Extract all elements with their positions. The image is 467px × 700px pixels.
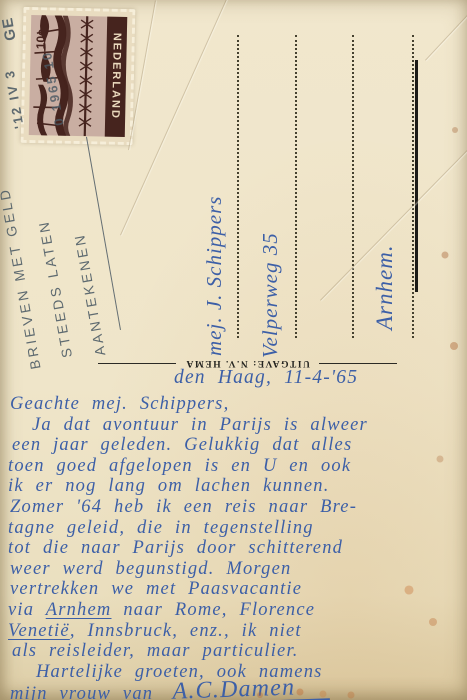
postage-stamp: 10c NEDERLAND — [21, 7, 136, 145]
message-line: Ja dat avontuur in Parijs is alweer — [6, 415, 463, 436]
message-text: , Innsbruck, enz., ik niet — [70, 621, 302, 641]
stamp-country-band: NEDERLAND — [105, 17, 128, 137]
divider-rule-right — [319, 363, 397, 364]
address-street: Velperweg 35 — [258, 232, 283, 358]
stamp-country-label: NEDERLAND — [109, 33, 123, 120]
crease-line — [425, 15, 467, 61]
message-text: mijn vrouw van — [10, 684, 153, 700]
message-line: weer werd begunstigd. Morgen — [6, 559, 463, 580]
message-body: den Haag, 11-4-'65 Geachte mej. Schipper… — [6, 368, 463, 700]
message-line: als reisleider, maar particulier. — [6, 641, 463, 662]
message-line: toen goed afgelopen is en U en ook — [6, 456, 463, 477]
message-text: naar Rome, Florence — [123, 600, 315, 620]
message-line: tot die naar Parijs door schitterend — [6, 538, 463, 559]
address-recipient: mej. J. Schippers — [202, 196, 227, 356]
message-underlined-arnhem: Arnhem — [46, 600, 112, 620]
message-line: Zomer '64 heb ik een reis naar Bre- — [6, 497, 463, 518]
postcard-back: 10c NEDERLAND BRIEVEN MET GELD STEEDS LA… — [0, 0, 467, 700]
message-line: ik er nog lang om lachen kunnen. — [6, 476, 463, 497]
message-line-via: via Arnhem naar Rome, Florence — [6, 600, 463, 621]
address-rule-4-solid — [415, 60, 418, 292]
postmark-slogan: BRIEVEN MET GELD STEEDS LATEN AANTEKENEN — [0, 173, 117, 372]
message-line: tagne geleid, die in tegenstelling — [6, 518, 463, 539]
address-rule-1 — [237, 35, 239, 338]
message-underlined-venetie: Venetië — [8, 621, 70, 641]
address-rule-2 — [295, 35, 297, 338]
message-line: Geachte mej. Schippers, — [6, 394, 463, 415]
message-line-closing: mijn vrouw van A.C.Damen — [6, 682, 463, 700]
message-line: een jaar geleden. Gelukkig dat alles — [6, 435, 463, 456]
message-line-venetie: Venetië, Innsbruck, enz., ik niet — [6, 621, 463, 642]
message-text: via — [8, 600, 34, 620]
address-rule-3 — [352, 35, 354, 338]
divider-rule-left — [98, 363, 176, 364]
message-dateline: den Haag, 11-4-'65 — [6, 368, 463, 394]
message-line: vertrekken we met Paasvacantie — [6, 579, 463, 600]
age-spots — [0, 0, 4, 4]
signature: A.C.Damen — [164, 677, 330, 700]
address-city: Arnhem. — [372, 244, 398, 330]
stamp-value-label: 10c — [34, 29, 48, 49]
postmark-city-fragment: GE — [0, 16, 20, 42]
address-rule-4 — [412, 35, 414, 338]
